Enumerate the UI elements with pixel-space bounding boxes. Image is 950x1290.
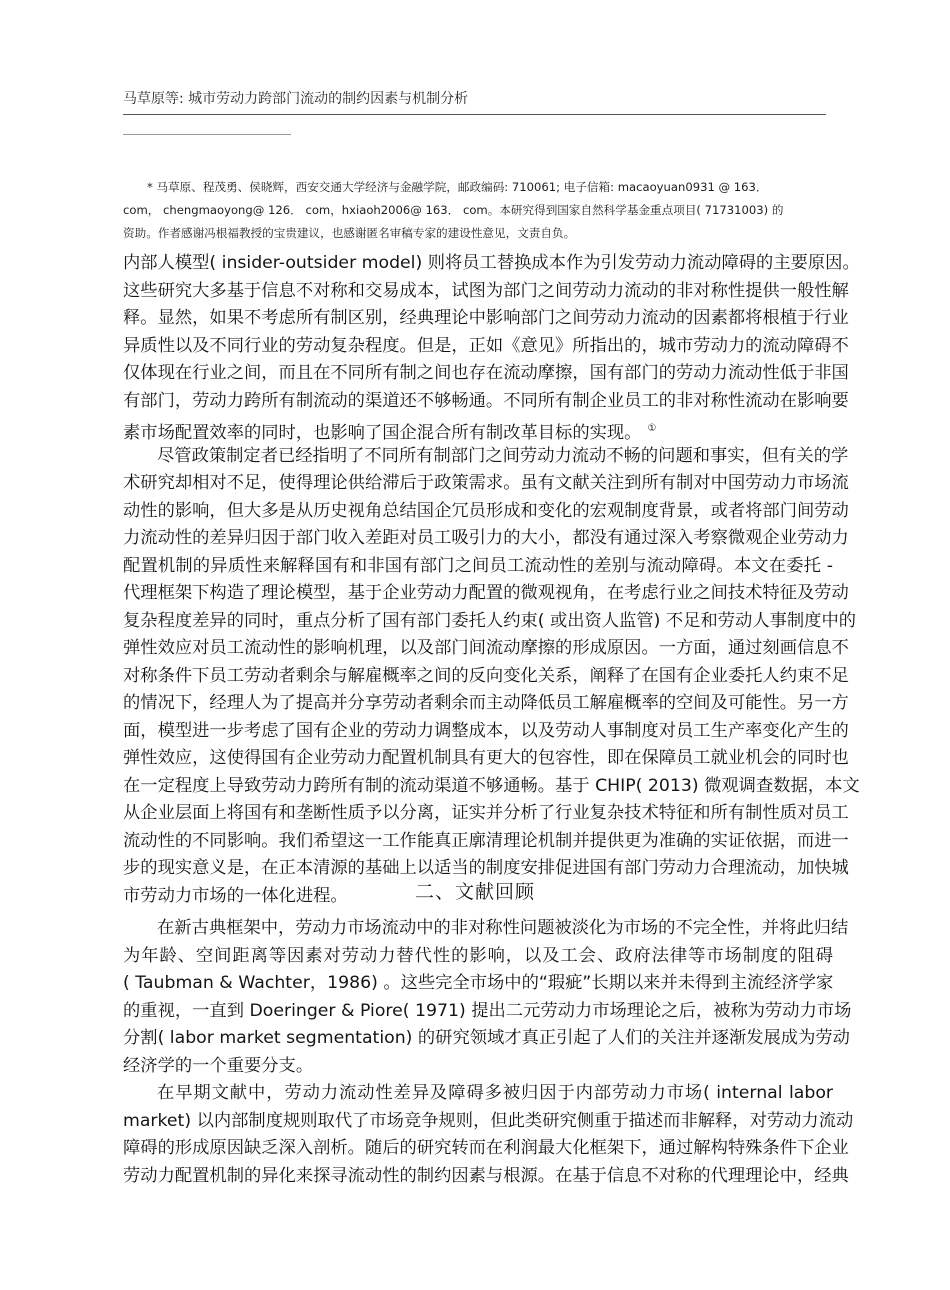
paragraph: 在新古典框架中，劳动力市场流动中的非对称性问题被淡化为市场的不完全性，并将此归结…: [123, 915, 833, 1080]
text-line: 流动性的不同影响。我们希望这一工作能真正廓清理论机制并提供更为准确的实证依据，而…: [123, 828, 833, 856]
footnote-line: 资助。作者感谢冯根福教授的宝贵建议，也感谢匿名审稿专家的建设性意见，文责自负。: [123, 222, 835, 245]
text-line: 这些研究大多基于信息不对称和交易成本，试图为部门之间劳动力流动的非对称性提供一般…: [123, 278, 833, 306]
text-line: ( Taubman & Wachter，1986) 。这些完全市场中的“瑕疵”长…: [123, 970, 833, 998]
text-line: 弹性效应对员工流动性的影响机理，以及部门间流动摩擦的形成原因。一方面，通过刻画信…: [123, 635, 833, 663]
text-line: 仅体现在行业之间，而且在不同所有制之间也存在流动摩擦，国有部门的劳动力流动性低于…: [123, 360, 833, 388]
text-line: 的重视，一直到 Doeringer & Piore( 1971) 提出二元劳动力…: [123, 998, 833, 1026]
text-line: 经济学的一个重要分支。: [123, 1053, 833, 1081]
text-line: 复杂程度差异的同时，重点分析了国有部门委托人约束( 或出资人监管) 不足和劳动人…: [123, 608, 833, 636]
text-line: 代理框架下构造了理论模型，基于企业劳动力配置的微观视角，在考虑行业之间技术特征及…: [123, 580, 833, 608]
text-line: 动性的影响，但大多是从历史视角总结国企冗员形成和变化的宏观制度背景，或者将部门间…: [123, 498, 833, 526]
text-line: 为年龄、空间距离等因素对劳动力替代性的影响，以及工会、政府法律等市场制度的阻碍: [123, 943, 833, 971]
text-line: 劳动力配置机制的异化来探寻流动性的制约因素与根源。在基于信息不对称的代理理论中，…: [123, 1163, 833, 1191]
text-line: 术研究却相对不足，使得理论供给滞后于政策需求。虽有文献关注到所有制对中国劳动力市…: [123, 470, 833, 498]
body-section-intro: 内部人模型( insider-outsider model) 则将员工替换成本作…: [123, 250, 833, 910]
text-line: 在早期文献中，劳动力流动性差异及障碍多被归因于内部劳动力市场( internal…: [123, 1080, 833, 1108]
body-section-literature-review: 在新古典框架中，劳动力市场流动中的非对称性问题被淡化为市场的不完全性，并将此归结…: [123, 915, 833, 1190]
text-line-content: 素市场配置效率的同时，也影响了国企混合所有制改革目标的实现。: [123, 423, 641, 443]
header-rule: [123, 114, 826, 115]
text-line: 从企业层面上将国有和垄断性质予以分离，证实并分析了行业复杂技术特征和所有制性质对…: [123, 800, 833, 828]
text-line: 的情况下，经理人为了提高并分享劳动者剩余而主动降低员工解雇概率的空间及可能性。另…: [123, 690, 833, 718]
text-line: 有部门，劳动力跨所有制流动的渠道还不够畅通。不同所有制企业员工的非对称性流动在影…: [123, 388, 833, 416]
text-line: market) 以内部制度规则取代了市场竞争规则，但此类研究侧重于描述而非解释，…: [123, 1108, 833, 1136]
text-line: 释。显然，如果不考虑所有制区别，经典理论中影响部门之间劳动力流动的因素都将根植于…: [123, 305, 833, 333]
footnote-line: com， chengmaoyong@ 126． com，hxiaoh2006@ …: [123, 199, 835, 222]
paragraph: 在早期文献中，劳动力流动性差异及障碍多被归因于内部劳动力市场( internal…: [123, 1080, 833, 1190]
footnote-reference[interactable]: ①: [647, 423, 656, 434]
paper-page: 马草原等: 城市劳动力跨部门流动的制约因素与机制分析 * 马草原、程茂勇、侯晓辉…: [0, 0, 950, 1290]
running-head: 马草原等: 城市劳动力跨部门流动的制约因素与机制分析: [123, 88, 468, 108]
text-line: 内部人模型( insider-outsider model) 则将员工替换成本作…: [123, 250, 833, 278]
text-line: 弹性效应，这使得国有企业劳动力配置机制具有更大的包容性，即在保障员工就业机会的同…: [123, 745, 833, 773]
text-line: 尽管政策制定者已经指明了不同所有制部门之间劳动力流动不畅的问题和事实，但有关的学: [123, 443, 833, 471]
paragraph: 尽管政策制定者已经指明了不同所有制部门之间劳动力流动不畅的问题和事实，但有关的学…: [123, 443, 833, 911]
text-line: 在新古典框架中，劳动力市场流动中的非对称性问题被淡化为市场的不完全性，并将此归结: [123, 915, 833, 943]
text-line: 对称条件下员工劳动者剩余与解雇概率之间的反向变化关系，阐释了在国有企业委托人约束…: [123, 663, 833, 691]
paragraph: 内部人模型( insider-outsider model) 则将员工替换成本作…: [123, 250, 833, 443]
text-line: 障碍的形成原因缺乏深入剖析。随后的研究转而在利润最大化框架下，通过解构特殊条件下…: [123, 1135, 833, 1163]
section-heading: 二、文献回顾: [0, 877, 950, 904]
text-line: 异质性以及不同行业的劳动复杂程度。但是，正如《意见》所指出的，城市劳动力的流动障…: [123, 333, 833, 361]
author-footnote: * 马草原、程茂勇、侯晓辉，西安交通大学经济与金融学院，邮政编码: 710061…: [123, 176, 835, 245]
text-line: 力流动性的差异归因于部门收入差距对员工吸引力的大小，都没有通过深入考察微观企业劳…: [123, 525, 833, 553]
footnote-line: * 马草原、程茂勇、侯晓辉，西安交通大学经济与金融学院，邮政编码: 710061…: [123, 176, 835, 199]
text-line: 面，模型进一步考虑了国有企业的劳动力调整成本，以及劳动人事制度对员工生产率变化产…: [123, 718, 833, 746]
text-line: 配置机制的异质性来解释国有和非国有部门之间员工流动性的差别与流动障碍。本文在委托…: [123, 553, 833, 581]
text-line: 分割( labor market segmentation) 的研究领域才真正引…: [123, 1025, 833, 1053]
text-line: 在一定程度上导致劳动力跨所有制的流动渠道不够通畅。基于 CHIP( 2013) …: [123, 773, 833, 801]
text-line: 素市场配置效率的同时，也影响了国企混合所有制改革目标的实现。①: [123, 415, 833, 443]
footnote-rule: [123, 134, 291, 135]
